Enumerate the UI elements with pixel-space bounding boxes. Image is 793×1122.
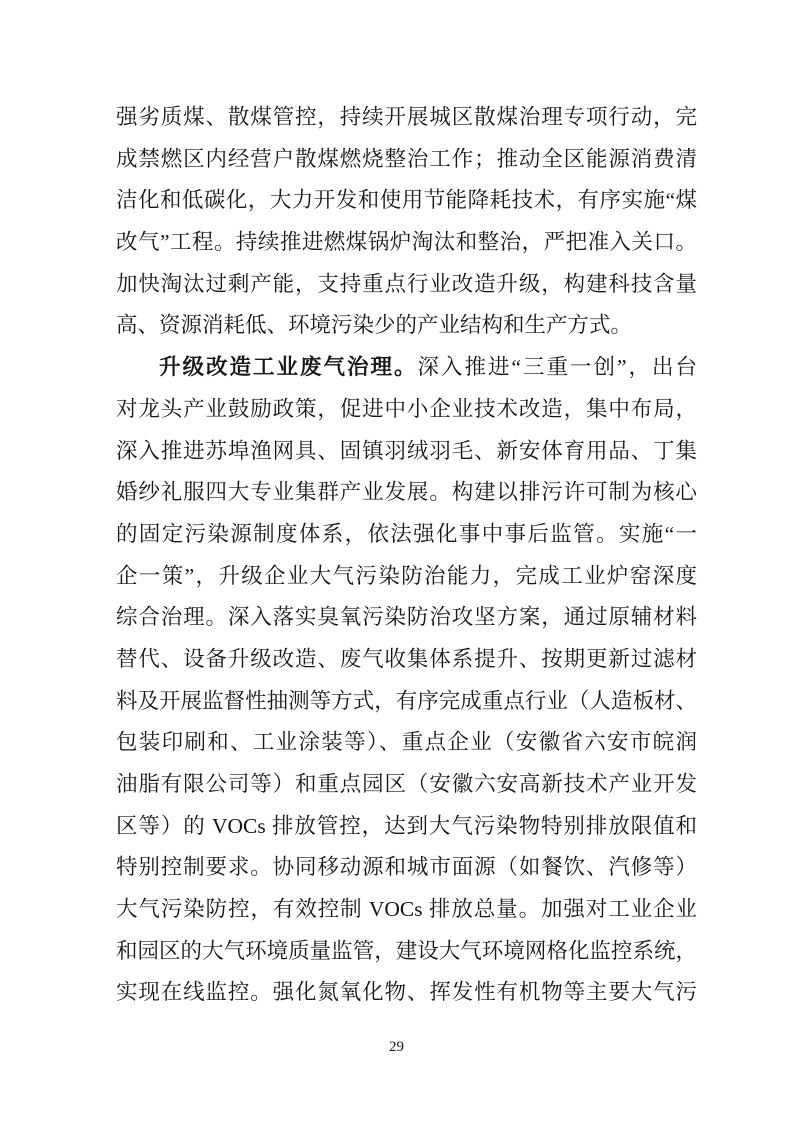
text-line: 企一策”，升级企业大气污染防治能力，完成工业炉窑深度 — [116, 556, 697, 598]
text-line: 替代、设备升级改造、废气收集体系提升、按期更新过滤材 — [116, 639, 697, 681]
paragraph-2: 升级改造工业废气治理。深入推进“三重一创”，出台 对龙头产业鼓励政策，促进中小企… — [116, 347, 697, 1014]
text-line: 区等）的 VOCs 排放管控，达到大气污染物特别排放限值和 — [116, 806, 697, 848]
text-line: 高、资源消耗低、环境污染少的产业结构和生产方式。 — [116, 305, 697, 347]
body-text: 强劣质煤、散煤管控，持续开展城区散煤治理专项行动，完 成禁燃区内经营户散煤燃烧整… — [116, 97, 697, 1014]
text-line: 改气”工程。持续推进燃煤锅炉淘汰和整治，严把准入关口。 — [116, 222, 697, 264]
text-line: 和园区的大气环境质量监管，建设大气环境网格化监控系统， — [116, 931, 697, 973]
text-line: 料及开展监督性抽测等方式，有序完成重点行业（人造板材、 — [116, 681, 697, 723]
text-line: 包装印刷和、工业涂装等）、重点企业（安徽省六安市皖润 — [116, 722, 697, 764]
heading-line-rest: 深入推进“三重一创”，出台 — [417, 355, 697, 379]
paragraph-heading-line: 升级改造工业废气治理。深入推进“三重一创”，出台 — [116, 347, 697, 389]
text-line: 的固定污染源制度体系，依法强化事中事后监管。实施“一 — [116, 514, 697, 556]
text-line: 强劣质煤、散煤管控，持续开展城区散煤治理专项行动，完 — [116, 97, 697, 139]
text-line: 洁化和低碳化，大力开发和使用节能降耗技术，有序实施“煤 — [116, 180, 697, 222]
text-line: 对龙头产业鼓励政策，促进中小企业技术改造，集中布局， — [116, 389, 697, 431]
page-footer: 29 — [0, 1037, 793, 1057]
document-page: 强劣质煤、散煤管控，持续开展城区散煤治理专项行动，完 成禁燃区内经营户散煤燃烧整… — [0, 0, 793, 1122]
text-line: 成禁燃区内经营户散煤燃烧整治工作；推动全区能源消费清 — [116, 139, 697, 181]
text-line: 油脂有限公司等）和重点园区（安徽六安高新技术产业开发 — [116, 764, 697, 806]
text-line: 婚纱礼服四大专业集群产业发展。构建以排污许可制为核心 — [116, 472, 697, 514]
paragraph-run-in-heading: 升级改造工业废气治理。 — [159, 355, 417, 379]
paragraph-1: 强劣质煤、散煤管控，持续开展城区散煤治理专项行动，完 成禁燃区内经营户散煤燃烧整… — [116, 97, 697, 347]
text-line: 综合治理。深入落实臭氧污染防治攻坚方案，通过原辅材料 — [116, 597, 697, 639]
text-line: 特别控制要求。协同移动源和城市面源（如餐饮、汽修等） — [116, 847, 697, 889]
text-line: 深入推进苏埠渔网具、固镇羽绒羽毛、新安体育用品、丁集 — [116, 431, 697, 473]
text-line: 加快淘汰过剩产能，支持重点行业改造升级，构建科技含量 — [116, 264, 697, 306]
text-line: 大气污染防控，有效控制 VOCs 排放总量。加强对工业企业 — [116, 889, 697, 931]
page-number: 29 — [389, 1039, 404, 1055]
text-line: 实现在线监控。强化氮氧化物、挥发性有机物等主要大气污 — [116, 972, 697, 1014]
